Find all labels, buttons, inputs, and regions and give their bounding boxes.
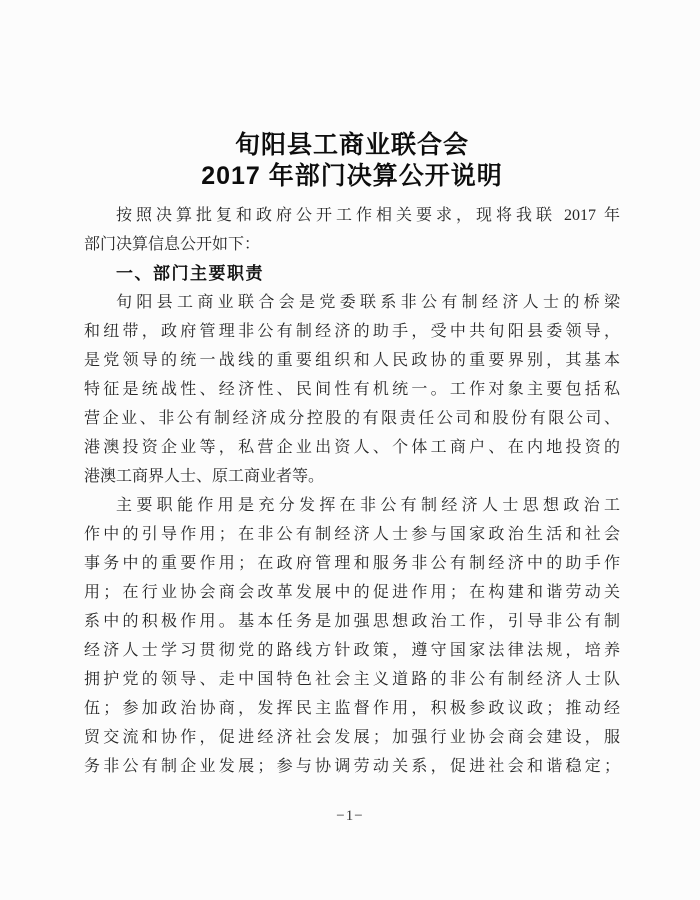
section-heading: 一、部门主要职责 bbox=[84, 259, 620, 288]
body-line: 贸交流和协作，促进经济社会发展；加强行业协会商会建设，服 bbox=[84, 723, 620, 752]
document-body: 按照决算批复和政府公开工作相关要求，现将我联 2017 年部门决算信息公开如下：… bbox=[84, 201, 620, 781]
body-line: 用；在行业协会商会改革发展中的促进作用；在构建和谐劳动关 bbox=[84, 578, 620, 607]
body-line: 作中的引导作用；在非公有制经济人士参与国家政治生活和社会 bbox=[84, 520, 620, 549]
body-line: 部门决算信息公开如下： bbox=[84, 230, 620, 259]
document-page: 旬阳县工商业联合会 2017 年部门决算公开说明 按照决算批复和政府公开工作相关… bbox=[0, 0, 700, 900]
document-title-line2: 2017 年部门决算公开说明 bbox=[84, 161, 620, 192]
body-line: 港澳工商界人士、原工商业者等。 bbox=[84, 462, 620, 491]
body-line: 是党领导的统一战线的重要组织和人民政协的重要界别，其基本 bbox=[84, 346, 620, 375]
body-line: 拥护党的领导、走中国特色社会主义道路的非公有制经济人士队 bbox=[84, 665, 620, 694]
body-line: 旬阳县工商业联合会是党委联系非公有制经济人士的桥梁 bbox=[84, 288, 620, 317]
body-line: 系中的积极作用。基本任务是加强思想政治工作，引导非公有制 bbox=[84, 607, 620, 636]
body-line: 港澳投资企业等，私营企业出资人、个体工商户、在内地投资的 bbox=[84, 433, 620, 462]
page-number: −1− bbox=[0, 808, 700, 825]
body-line: 事务中的重要作用；在政府管理和服务非公有制经济中的助手作 bbox=[84, 549, 620, 578]
body-line: 特征是统战性、经济性、民间性有机统一。工作对象主要包括私 bbox=[84, 375, 620, 404]
document-viewport: { "document": { "title": { "line1": "旬阳县… bbox=[0, 0, 700, 900]
body-line: 主要职能作用是充分发挥在非公有制经济人士思想政治工 bbox=[84, 491, 620, 520]
body-line: 伍；参加政治协商，发挥民主监督作用，积极参政议政；推动经 bbox=[84, 694, 620, 723]
body-line: 营企业、非公有制经济成分控股的有限责任公司和股份有限公司、 bbox=[84, 404, 620, 433]
document-title-line1: 旬阳县工商业联合会 bbox=[84, 130, 620, 161]
body-line: 和纽带，政府管理非公有制经济的助手，受中共旬阳县委领导， bbox=[84, 317, 620, 346]
body-line: 经济人士学习贯彻党的路线方针政策，遵守国家法律法规，培养 bbox=[84, 636, 620, 665]
body-line: 按照决算批复和政府公开工作相关要求，现将我联 2017 年 bbox=[84, 201, 620, 230]
body-line: 务非公有制企业发展；参与协调劳动关系，促进社会和谐稳定； bbox=[84, 752, 620, 781]
